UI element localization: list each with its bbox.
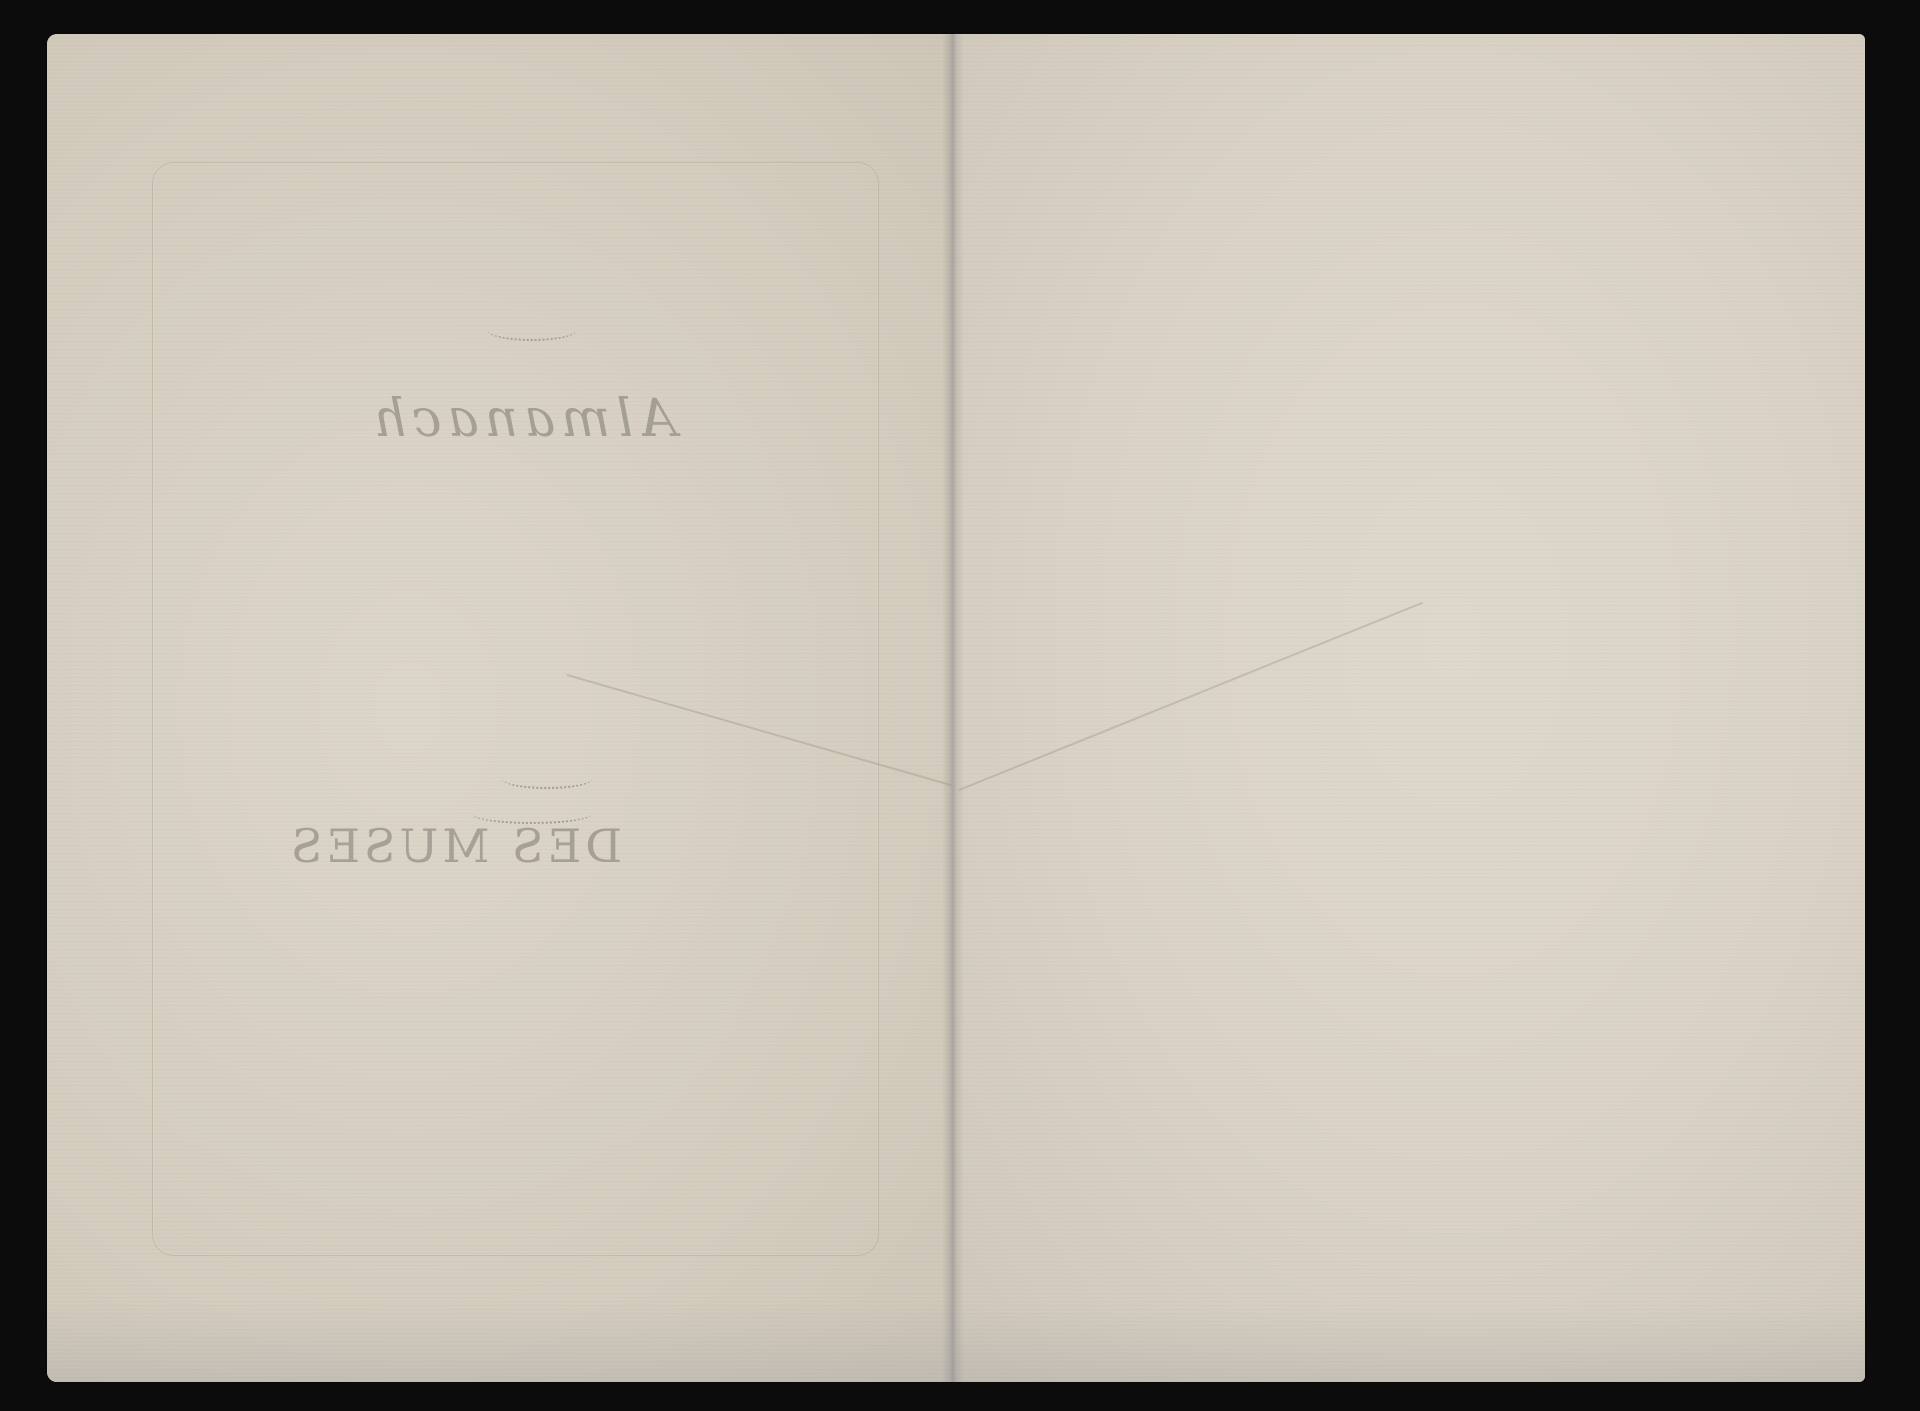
showthrough-title: Almanach [367,389,677,449]
bottom-edge-shading [47,1302,1865,1382]
right-page [952,34,1865,1382]
showthrough-subtitle: DES MUSES [287,819,622,873]
ornament-flourish [487,319,577,341]
center-fold [942,34,964,1382]
ornament-flourish [502,769,592,789]
left-page: Almanach DES MUSES [47,34,952,1382]
paper-sheet: Almanach DES MUSES Blank reverse side of… [47,34,1865,1382]
